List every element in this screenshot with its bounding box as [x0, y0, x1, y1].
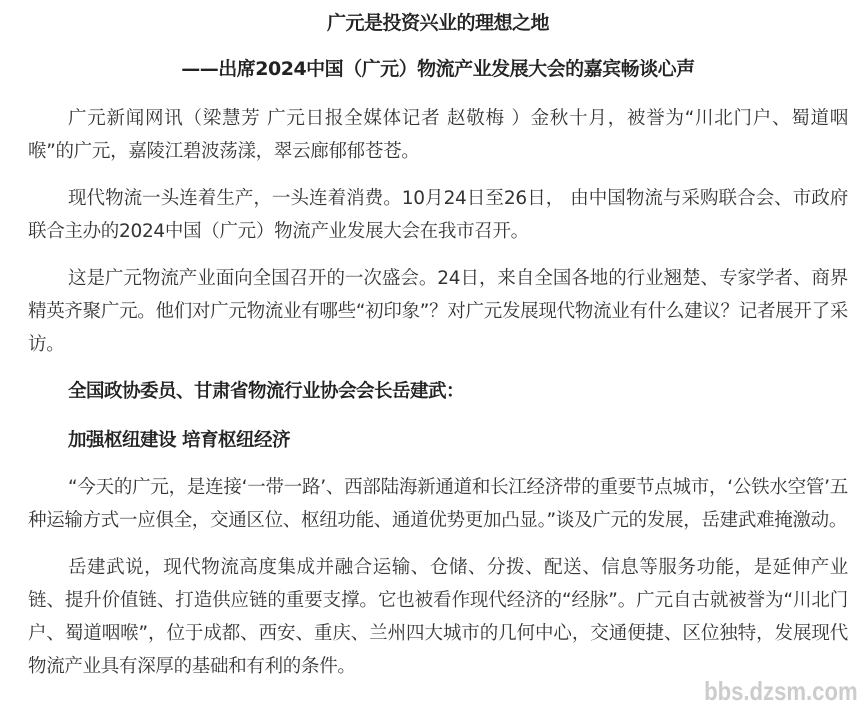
speaker-heading: 全国政协委员、甘肃省物流行业协会会长岳建武：: [28, 375, 848, 408]
section-heading: 加强枢纽建设 培育枢纽经济: [28, 424, 848, 457]
article-subtitle: ——出席2024中国（广元）物流产业发展大会的嘉宾畅谈心声: [28, 56, 848, 82]
article-title: 广元是投资兴业的理想之地: [28, 10, 848, 36]
paragraph-intro: 广元新闻网讯（梁慧芳 广元日报全媒体记者 赵敬梅 ）金秋十月，被誉为“川北门户、…: [28, 102, 848, 168]
paragraph-interviews: 这是广元物流产业面向全国召开的一次盛会。24日，来自全国各地的行业翘楚、专家学者…: [28, 262, 848, 361]
paragraph-logistics: 岳建武说，现代物流高度集成并融合运输、仓储、分拨、配送、信息等服务功能，是延伸产…: [28, 551, 848, 683]
paragraph-conference: 现代物流一头连着生产，一头连着消费。10月24日至26日， 由中国物流与采购联合…: [28, 182, 848, 248]
paragraph-quote: “今天的广元，是连接‘一带一路’、西部陆海新通道和长江经济带的重要节点城市，‘公…: [28, 471, 848, 537]
watermark: bbs.dzsm.com: [704, 676, 858, 707]
article: 广元是投资兴业的理想之地 ——出席2024中国（广元）物流产业发展大会的嘉宾畅谈…: [28, 0, 848, 683]
